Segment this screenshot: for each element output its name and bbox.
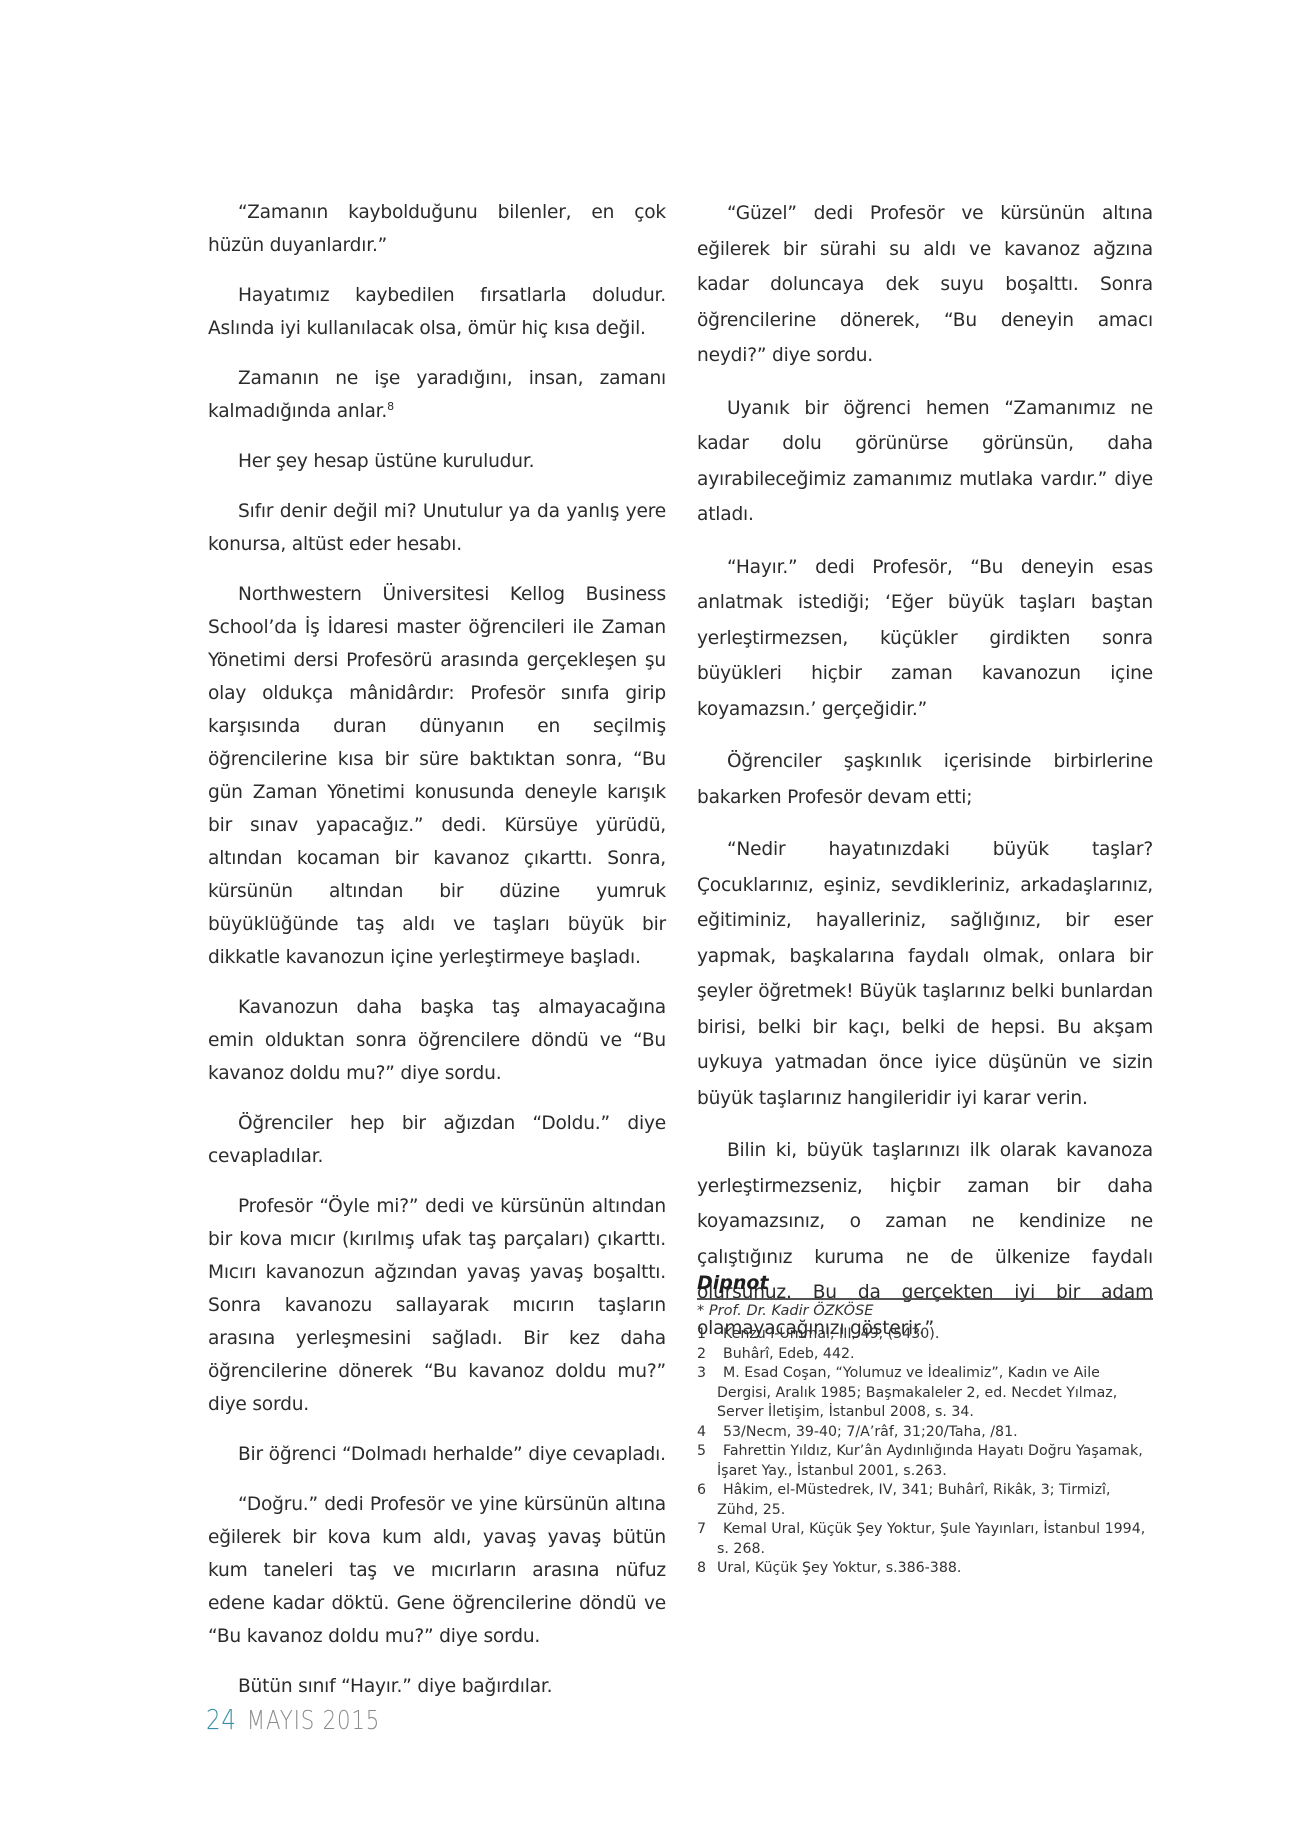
footnote-number: 7: [697, 1520, 717, 1559]
right-column: “Güzel” dedi Profesör ve kürsünün altına…: [697, 196, 1153, 1363]
paragraph: Kavanozun daha başka taş almayacağına em…: [208, 991, 666, 1090]
footnote-text: Kenzu’l-Ummal, III, 49, (5430).: [717, 1325, 1153, 1345]
footnote-item: 3 M. Esad Coşan, “Yolumuz ve İdealimiz”,…: [697, 1364, 1153, 1423]
paragraph: Hayatımız kaybedilen fırsatlarla doludur…: [208, 279, 666, 345]
footnotes-section: Dipnot * Prof. Dr. Kadir ÖZKÖSE 1 Kenzu’…: [697, 1272, 1153, 1579]
paragraph: Bütün sınıf “Hayır.” diye bağırdılar.: [208, 1670, 666, 1703]
footnote-text: Ural, Küçük Şey Yoktur, s.386-388.: [717, 1559, 1153, 1579]
left-column: “Zamanın kaybolduğunu bilenler, en çok h…: [208, 196, 666, 1720]
page-number: 24: [206, 1703, 237, 1736]
paragraph: Profesör “Öyle mi?” dedi ve kürsünün alt…: [208, 1190, 666, 1421]
footnote-item: 6 Hâkim, el-Müstedrek, IV, 341; Buhârî, …: [697, 1481, 1153, 1520]
author-note: * Prof. Dr. Kadir ÖZKÖSE: [697, 1303, 1153, 1319]
paragraph: Zamanın ne işe yaradığını, insan, zamanı…: [208, 362, 666, 428]
paragraph: “Hayır.” dedi Profesör, “Bu deneyin esas…: [697, 550, 1153, 728]
paragraph: “Zamanın kaybolduğunu bilenler, en çok h…: [208, 196, 666, 262]
paragraph: Uyanık bir öğrenci hemen “Zamanımız ne k…: [697, 391, 1153, 533]
footnote-item: 4 53/Necm, 39-40; 7/A’râf, 31;20/Taha, /…: [697, 1423, 1153, 1443]
issue-date: MAYIS 2015: [247, 1706, 380, 1736]
footnote-item: 5 Fahrettin Yıldız, Kur’ân Aydınlığında …: [697, 1442, 1153, 1481]
paragraph: Northwestern Üniversitesi Kellog Busines…: [208, 578, 666, 974]
footnote-item: 8 Ural, Küçük Şey Yoktur, s.386-388.: [697, 1559, 1153, 1579]
footnote-number: 5: [697, 1442, 717, 1481]
footnote-text: Fahrettin Yıldız, Kur’ân Aydınlığında Ha…: [717, 1442, 1153, 1481]
footnote-number: 1: [697, 1325, 717, 1345]
paragraph: “Nedir hayatınızdaki büyük taşlar? Çocuk…: [697, 832, 1153, 1116]
footnote-text: Kemal Ural, Küçük Şey Yoktur, Şule Yayın…: [717, 1520, 1153, 1559]
footnote-item: 1 Kenzu’l-Ummal, III, 49, (5430).: [697, 1325, 1153, 1345]
paragraph: Öğrenciler şaşkınlık içerisinde birbirle…: [697, 744, 1153, 815]
footnotes-title: Dipnot: [697, 1272, 1153, 1300]
paragraph: “Güzel” dedi Profesör ve kürsünün altına…: [697, 196, 1153, 374]
page-footer: 24 MAYIS 2015: [206, 1703, 380, 1736]
paragraph: Her şey hesap üstüne kuruludur.: [208, 445, 666, 478]
footnote-text: 53/Necm, 39-40; 7/A’râf, 31;20/Taha, /81…: [717, 1423, 1153, 1443]
footnote-number: 6: [697, 1481, 717, 1520]
footnote-text: Hâkim, el-Müstedrek, IV, 341; Buhârî, Ri…: [717, 1481, 1153, 1520]
footnote-item: 2 Buhârî, Edeb, 442.: [697, 1345, 1153, 1365]
footnote-number: 4: [697, 1423, 717, 1443]
paragraph: Sıfır denir değil mi? Unutulur ya da yan…: [208, 495, 666, 561]
footnote-number: 3: [697, 1364, 717, 1423]
footnote-reference: 8: [387, 400, 394, 413]
footnote-number: 2: [697, 1345, 717, 1365]
footnote-number: 8: [697, 1559, 717, 1579]
footnote-text: M. Esad Coşan, “Yolumuz ve İdealimiz”, K…: [717, 1364, 1153, 1423]
paragraph-text: Zamanın ne işe yaradığını, insan, zamanı…: [208, 368, 666, 422]
paragraph: Bir öğrenci “Dolmadı herhalde” diye ceva…: [208, 1438, 666, 1471]
footnote-text: Buhârî, Edeb, 442.: [717, 1345, 1153, 1365]
footnote-item: 7 Kemal Ural, Küçük Şey Yoktur, Şule Yay…: [697, 1520, 1153, 1559]
paragraph: Öğrenciler hep bir ağızdan “Doldu.” diye…: [208, 1107, 666, 1173]
paragraph: “Doğru.” dedi Profesör ve yine kürsünün …: [208, 1488, 666, 1653]
